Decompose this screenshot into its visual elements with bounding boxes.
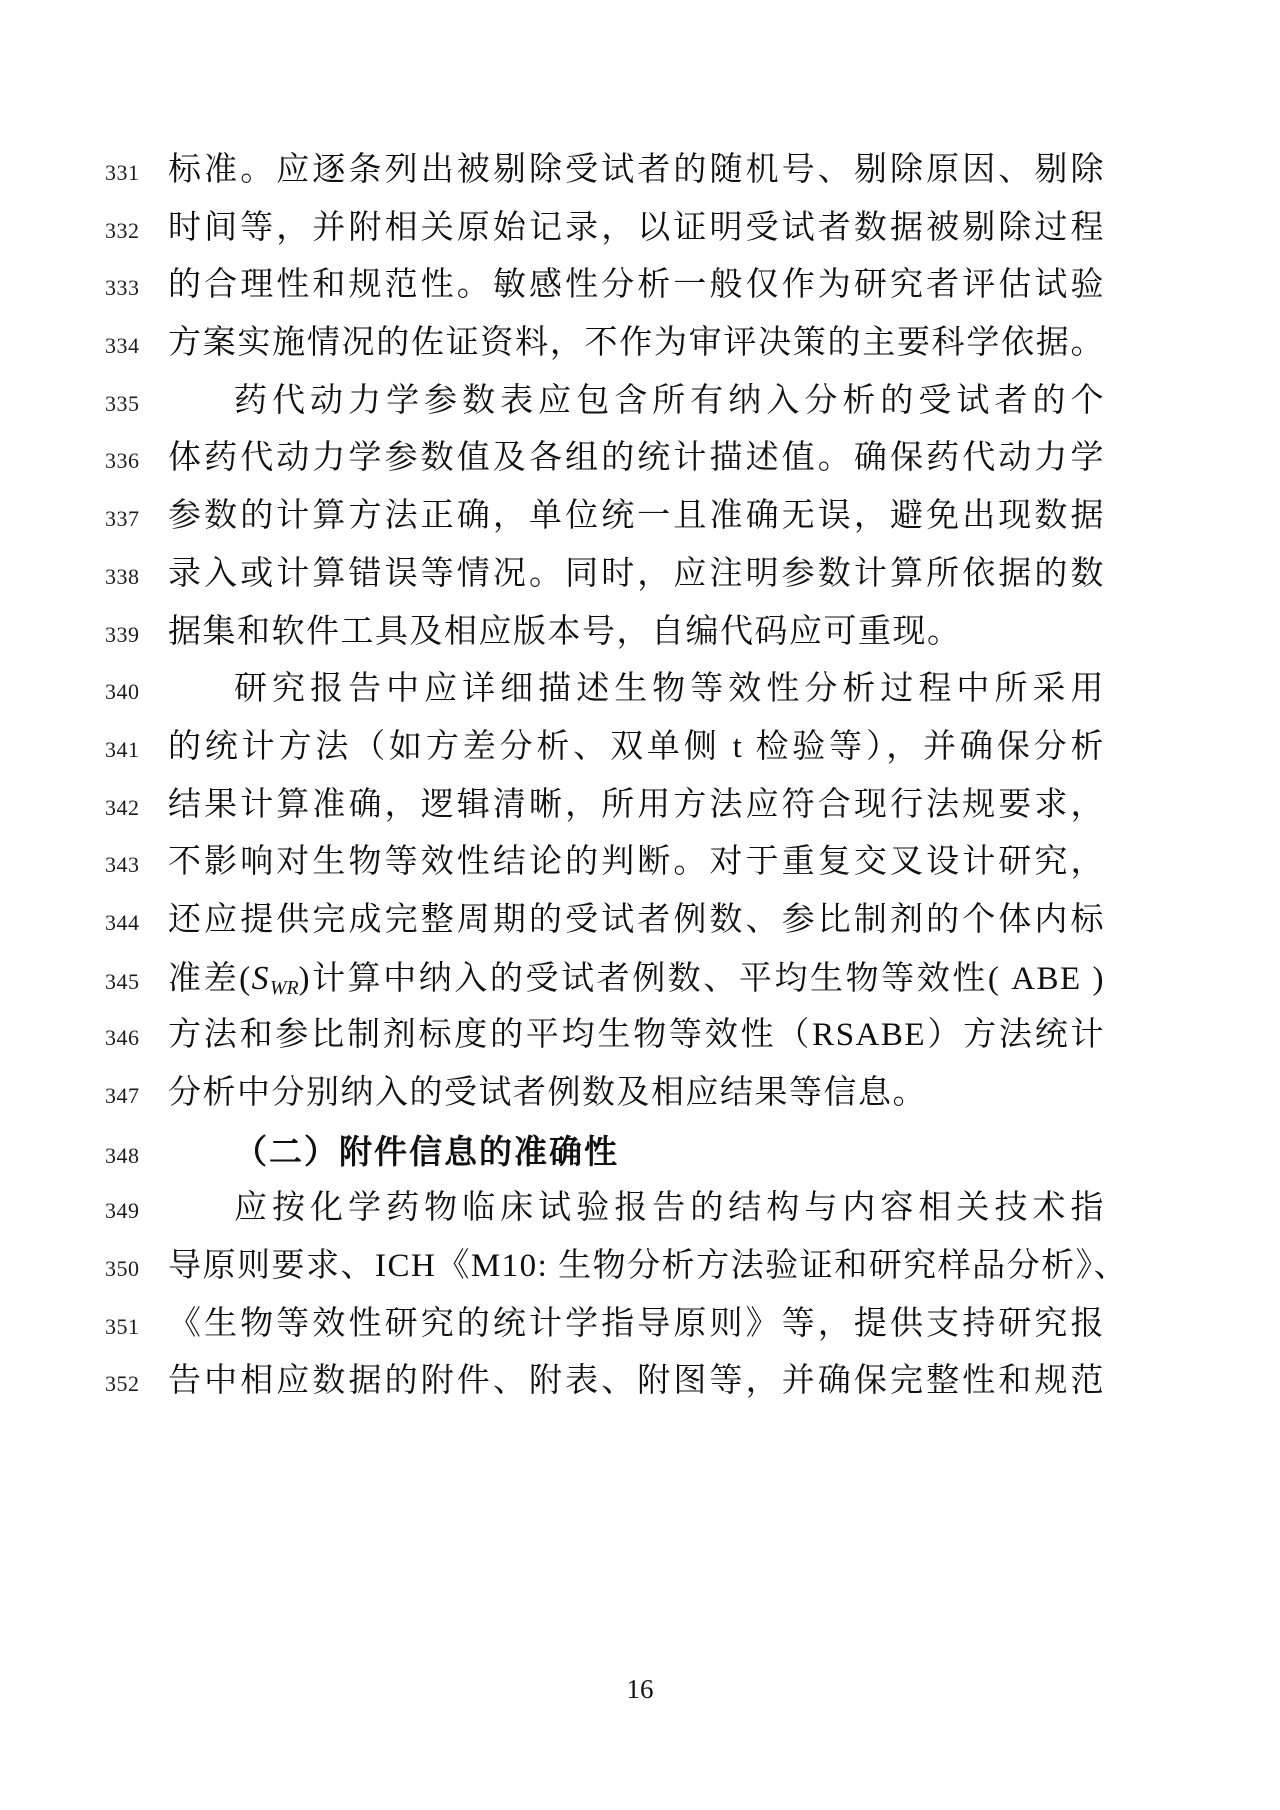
line-text: 导原则要求、ICH《M10: 生物分析方法验证和研究样品分析》、 bbox=[168, 1238, 1128, 1296]
text-line: 337 参数的计算方法正确，单位统一且准确无误，避免出现数据 bbox=[105, 488, 1105, 546]
line-number: 352 bbox=[105, 1355, 168, 1413]
line-text: 体药代动力学参数值及各组的统计描述值。确保药代动力学 bbox=[168, 430, 1105, 488]
line-text: 方法和参比制剂标度的平均生物等效性（RSABE）方法统计 bbox=[168, 1007, 1105, 1065]
section-heading: （二）附件信息的准确性 bbox=[168, 1123, 1105, 1181]
line-number: 351 bbox=[105, 1298, 168, 1356]
line-number: 350 bbox=[105, 1240, 168, 1298]
text-line: 347 分析中分别纳入的受试者例数及相应结果等信息。 bbox=[105, 1065, 1105, 1123]
line-number: 348 bbox=[105, 1127, 168, 1185]
text-line: 341 的统计方法（如方差分析、双单侧 t 检验等），并确保分析 bbox=[105, 719, 1105, 777]
math-variable: S bbox=[252, 960, 270, 997]
line-text: 应按化学药物临床试验报告的结构与内容相关技术指 bbox=[168, 1180, 1105, 1238]
line-number: 339 bbox=[105, 606, 168, 664]
text-line: 333 的合理性和规范性。敏感性分析一般仅作为研究者评估试验 bbox=[105, 257, 1105, 315]
line-text: 结果计算准确，逻辑清晰，所用方法应符合现行法规要求， bbox=[168, 777, 1105, 835]
line-number: 338 bbox=[105, 548, 168, 606]
line-number: 335 bbox=[105, 375, 168, 433]
text-line: 338 录入或计算错误等情况。同时，应注明参数计算所依据的数 bbox=[105, 546, 1105, 604]
text-line: 336 体药代动力学参数值及各组的统计描述值。确保药代动力学 bbox=[105, 430, 1105, 488]
line-number: 344 bbox=[105, 894, 168, 952]
line-number: 343 bbox=[105, 836, 168, 894]
document-page: 331 标准。应逐条列出被剔除受试者的随机号、剔除原因、剔除 332 时间等，并… bbox=[0, 0, 1280, 1810]
line-text: 的合理性和规范性。敏感性分析一般仅作为研究者评估试验 bbox=[168, 257, 1105, 315]
line-number: 336 bbox=[105, 432, 168, 490]
line-number: 341 bbox=[105, 721, 168, 779]
line-text: 时间等，并附相关原始记录，以证明受试者数据被剔除过程 bbox=[168, 200, 1105, 258]
line-number: 347 bbox=[105, 1067, 168, 1125]
line-text: 不影响对生物等效性结论的判断。对于重复交叉设计研究， bbox=[168, 834, 1105, 892]
line-text: 方案实施情况的佐证资料，不作为审评决策的主要科学依据。 bbox=[168, 315, 1105, 373]
line-text: 还应提供完成完整周期的受试者例数、参比制剂的个体内标 bbox=[168, 892, 1105, 950]
text-line: 342 结果计算准确，逻辑清晰，所用方法应符合现行法规要求， bbox=[105, 777, 1105, 835]
line-text: 据集和软件工具及相应版本号，自编代码应可重现。 bbox=[168, 604, 1105, 662]
text-line: 343 不影响对生物等效性结论的判断。对于重复交叉设计研究， bbox=[105, 834, 1105, 892]
line-number: 333 bbox=[105, 259, 168, 317]
line-text: 录入或计算错误等情况。同时，应注明参数计算所依据的数 bbox=[168, 546, 1105, 604]
line-number: 334 bbox=[105, 317, 168, 375]
text-line: 331 标准。应逐条列出被剔除受试者的随机号、剔除原因、剔除 bbox=[105, 142, 1105, 200]
line-text: 的统计方法（如方差分析、双单侧 t 检验等），并确保分析 bbox=[168, 719, 1105, 777]
text-line: 344 还应提供完成完整周期的受试者例数、参比制剂的个体内标 bbox=[105, 892, 1105, 950]
text-line: 345 准差(SWR)计算中纳入的受试者例数、平均生物等效性( ABE ) bbox=[105, 950, 1105, 1008]
line-number: 337 bbox=[105, 490, 168, 548]
line-text-segment: )计算中纳入的受试者例数、平均生物等效性( ABE ) bbox=[299, 961, 1105, 997]
text-line: 334 方案实施情况的佐证资料，不作为审评决策的主要科学依据。 bbox=[105, 315, 1105, 373]
line-text: 标准。应逐条列出被剔除受试者的随机号、剔除原因、剔除 bbox=[168, 142, 1105, 200]
text-line: 335 药代动力学参数表应包含所有纳入分析的受试者的个 bbox=[105, 373, 1105, 431]
section-heading-line: 348 （二）附件信息的准确性 bbox=[105, 1123, 1105, 1181]
line-number: 331 bbox=[105, 144, 168, 202]
line-number: 332 bbox=[105, 202, 168, 260]
line-text: 告中相应数据的附件、附表、附图等，并确保完整性和规范 bbox=[168, 1353, 1105, 1411]
line-text: 分析中分别纳入的受试者例数及相应结果等信息。 bbox=[168, 1065, 1105, 1123]
document-body: 331 标准。应逐条列出被剔除受试者的随机号、剔除原因、剔除 332 时间等，并… bbox=[105, 142, 1105, 1411]
text-line: 346 方法和参比制剂标度的平均生物等效性（RSABE）方法统计 bbox=[105, 1007, 1105, 1065]
line-text: 研究报告中应详细描述生物等效性分析过程中所采用 bbox=[168, 661, 1105, 719]
line-number: 349 bbox=[105, 1182, 168, 1240]
line-text-segment: 准差( bbox=[168, 961, 252, 997]
line-number: 342 bbox=[105, 779, 168, 837]
text-line: 351 《生物等效性研究的统计学指导原则》等，提供支持研究报 bbox=[105, 1296, 1105, 1354]
text-line: 332 时间等，并附相关原始记录，以证明受试者数据被剔除过程 bbox=[105, 200, 1105, 258]
line-text: 参数的计算方法正确，单位统一且准确无误，避免出现数据 bbox=[168, 488, 1105, 546]
text-line: 350 导原则要求、ICH《M10: 生物分析方法验证和研究样品分析》、 bbox=[105, 1238, 1105, 1296]
line-number: 345 bbox=[105, 953, 168, 1011]
line-number: 340 bbox=[105, 663, 168, 721]
line-text: 药代动力学参数表应包含所有纳入分析的受试者的个 bbox=[168, 373, 1105, 431]
text-line: 340 研究报告中应详细描述生物等效性分析过程中所采用 bbox=[105, 661, 1105, 719]
text-line: 352 告中相应数据的附件、附表、附图等，并确保完整性和规范 bbox=[105, 1353, 1105, 1411]
line-text: 《生物等效性研究的统计学指导原则》等，提供支持研究报 bbox=[168, 1296, 1105, 1354]
text-line: 339 据集和软件工具及相应版本号，自编代码应可重现。 bbox=[105, 604, 1105, 662]
page-number: 16 bbox=[0, 1674, 1280, 1705]
line-number: 346 bbox=[105, 1009, 168, 1067]
math-subscript: WR bbox=[270, 977, 299, 999]
text-line: 349 应按化学药物临床试验报告的结构与内容相关技术指 bbox=[105, 1180, 1105, 1238]
